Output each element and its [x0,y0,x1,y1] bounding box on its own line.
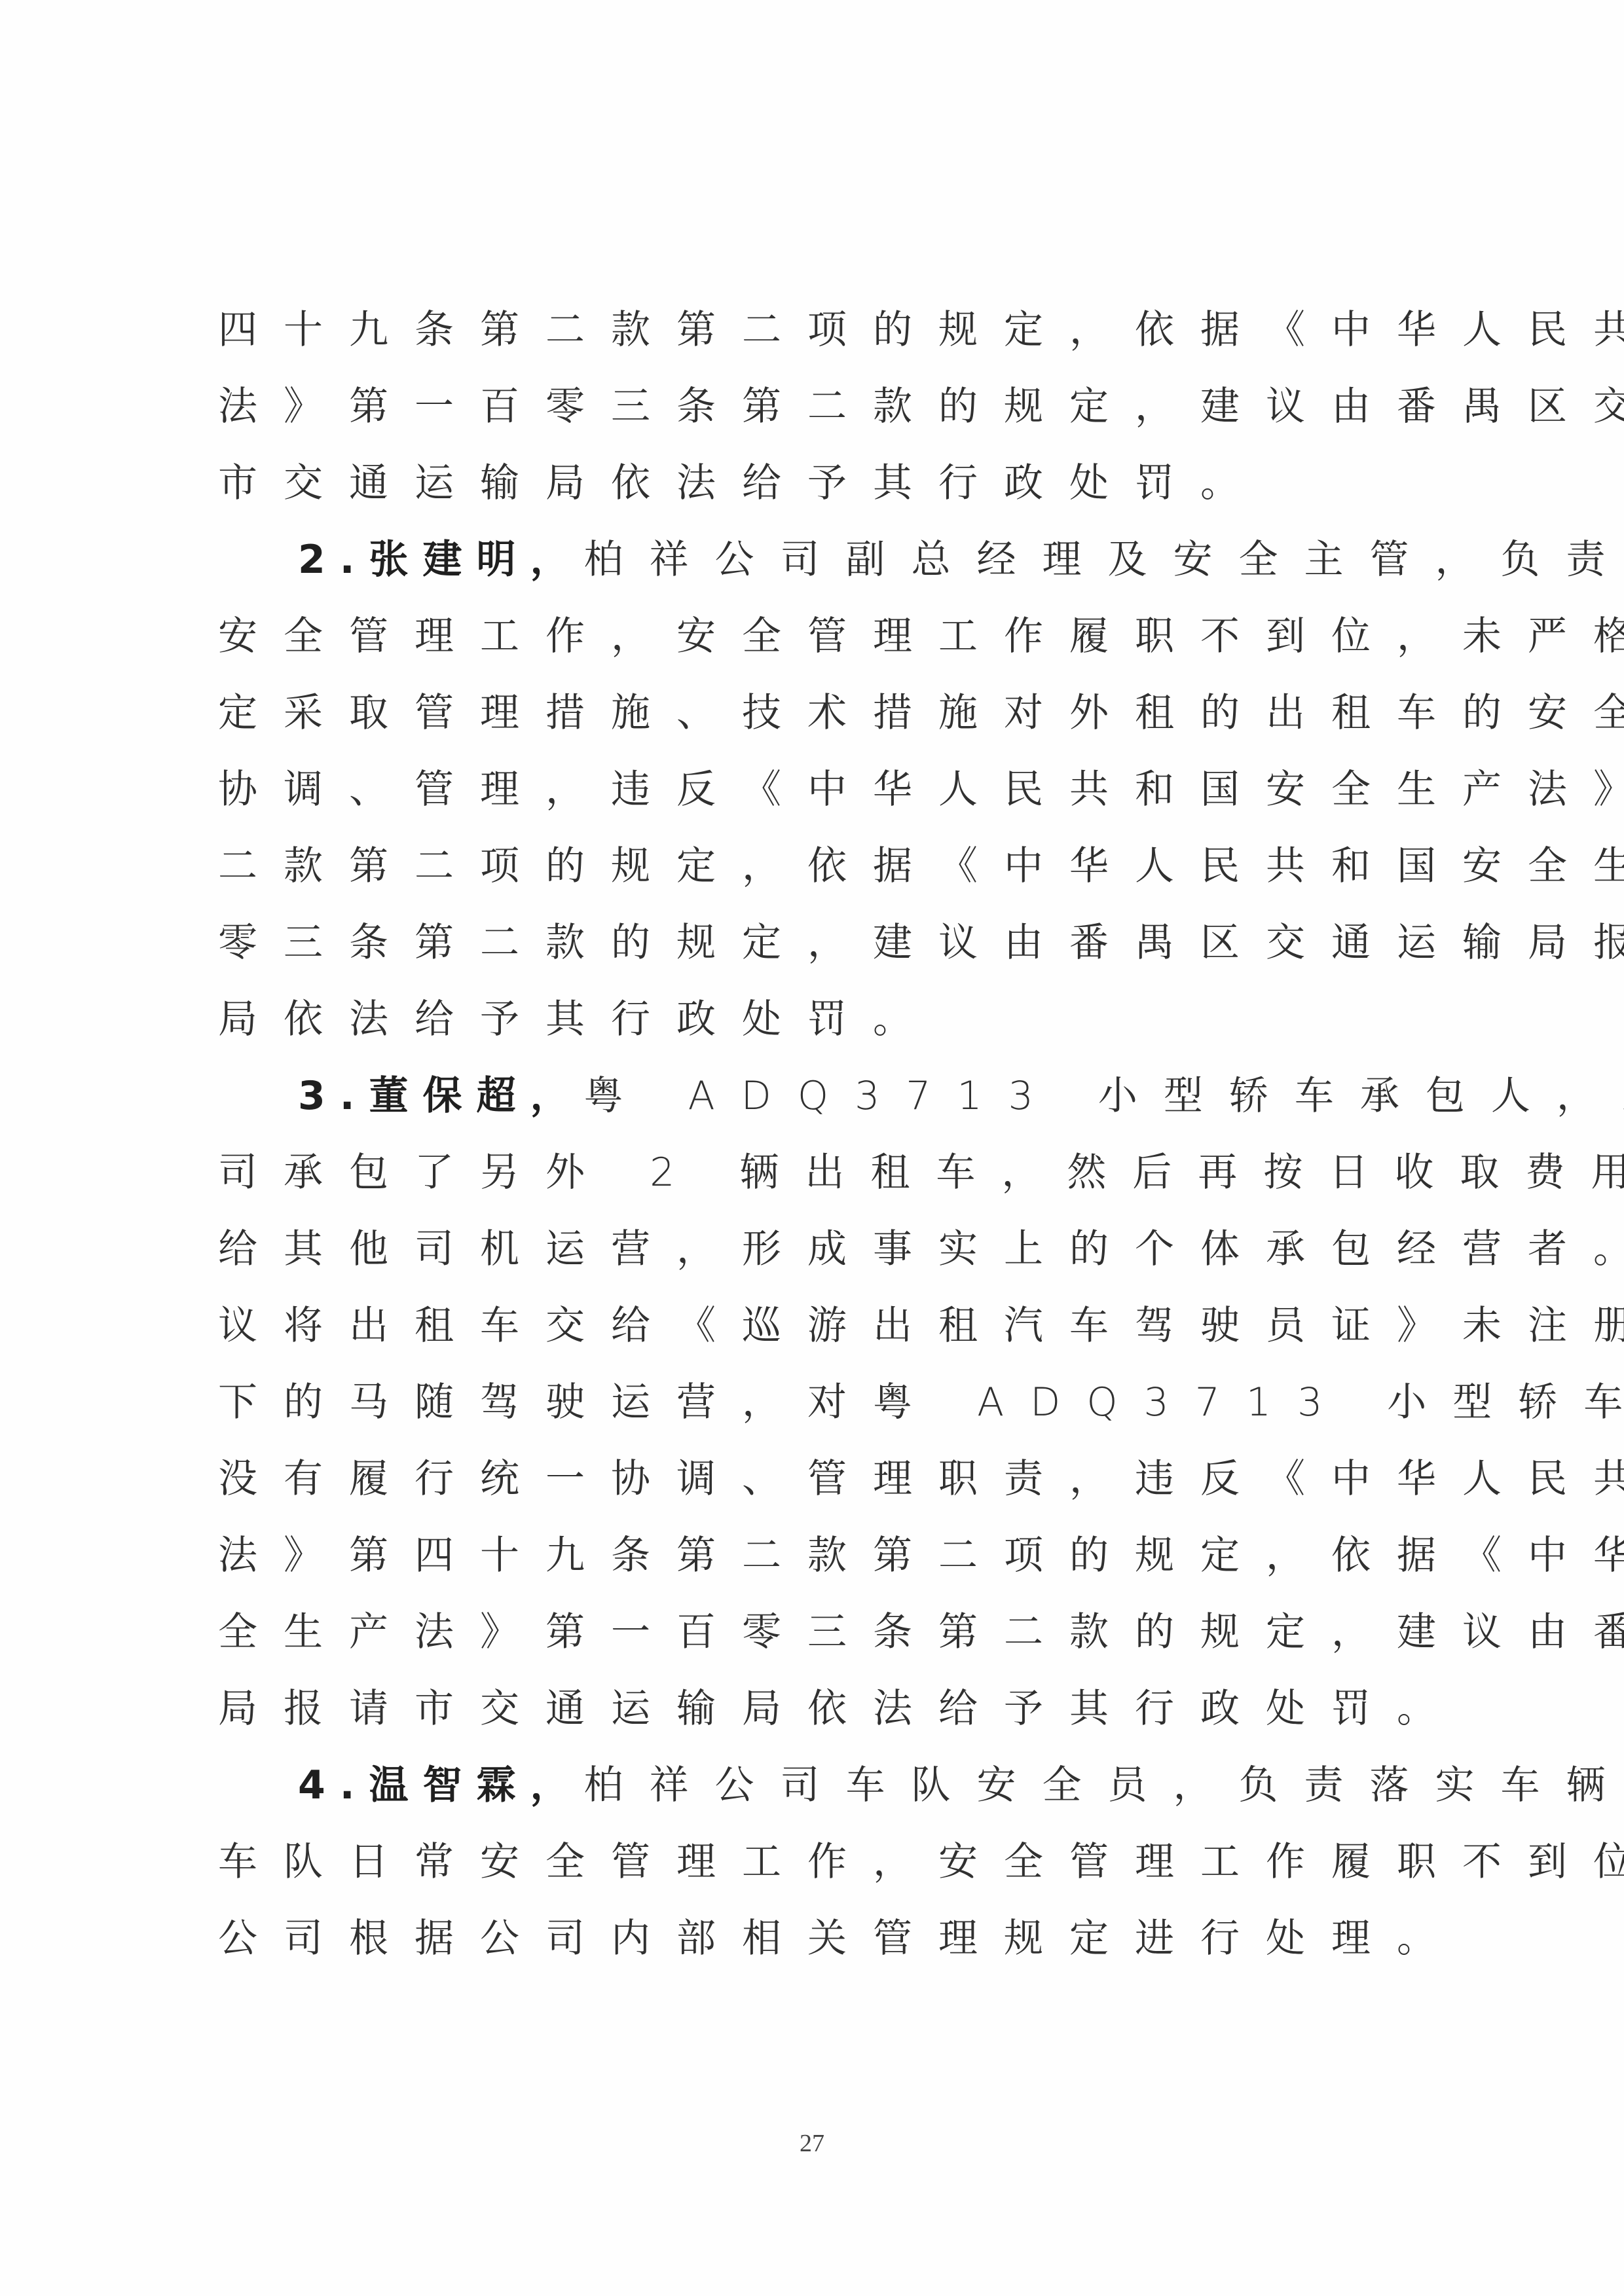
line-text: 粤 ADQ3713 小型轿车承包人，此外，还从柏祥公 [584,1073,1624,1119]
text-line: 议将出租车交给《巡游出租汽车驾驶员证》未注册在柏祥公司名 [218,1288,1416,1364]
line-text: 公司根据公司内部相关管理规定进行处理。 [218,1916,1462,1961]
text-line: 给其他司机运营，形成事实上的个体承包经营者。董保超违反协 [218,1211,1416,1288]
text-line: 法》第四十九条第二款第二项的规定，依据《中华人民共和国安 [218,1518,1416,1594]
text-line: 安全管理工作，安全管理工作履职不到位，未严格按照公司的规 [218,598,1416,675]
line-text: 定采取管理措施、技术措施对外租的出租车的安全生产工作统一 [218,690,1624,736]
text-line: 法》第一百零三条第二款的规定，建议由番禺区交通运输局报请 [218,369,1416,445]
paragraph-item-4-start: 4.温智霖，柏祥公司车队安全员，负责落实车辆动态监控等 [218,1747,1416,1824]
text-line: 定采取管理措施、技术措施对外租的出租车的安全生产工作统一 [218,675,1416,752]
line-text: 柏祥公司车队安全员，负责落实车辆动态监控等 [584,1762,1624,1808]
line-text: 局依法给予其行政处罚。 [218,996,938,1042]
line-text: 法》第一百零三条第二款的规定，建议由番禺区交通运输局报请 [218,384,1624,429]
person-name-lead: 2.张建明， [298,537,584,583]
text-line: 二款第二项的规定，依据《中华人民共和国安全生产法》第一百 [218,828,1416,905]
line-text: 议将出租车交给《巡游出租汽车驾驶员证》未注册在柏祥公司名 [218,1303,1624,1349]
text-line: 局依法给予其行政处罚。 [218,981,1416,1058]
document-page: 四十九条第二款第二项的规定，依据《中华人民共和国安全生产 法》第一百零三条第二款… [0,0,1624,2296]
text-line: 市交通运输局依法给予其行政处罚。 [218,445,1416,522]
text-line: 零三条第二款的规定，建议由番禺区交通运输局报请市交通运输 [218,905,1416,981]
text-line: 没有履行统一协调、管理职责，违反《中华人民共和国安全生产 [218,1441,1416,1518]
line-text: 全生产法》第一百零三条第二款的规定，建议由番禺区交通运输 [218,1609,1624,1655]
line-text: 没有履行统一协调、管理职责，违反《中华人民共和国安全生产 [218,1456,1624,1502]
line-text: 市交通运输局依法给予其行政处罚。 [218,460,1266,506]
line-text: 四十九条第二款第二项的规定，依据《中华人民共和国安全生产 [218,307,1624,353]
page-number: 27 [0,2129,1624,2158]
line-text: 安全管理工作，安全管理工作履职不到位，未严格按照公司的规 [218,613,1624,659]
line-text: 车队日常安全管理工作，安全管理工作履职不到位，建议由柏祥 [218,1839,1624,1885]
line-text: 柏祥公司副总经理及安全主管，负责公司的日常 [584,537,1624,583]
text-line: 下的马随驾驶运营，对粤 ADQ3713 小型轿车运营的安全生产工作 [218,1364,1416,1441]
text-line: 公司根据公司内部相关管理规定进行处理。 [218,1901,1416,1977]
paragraph-item-3-start: 3.董保超，粤 ADQ3713 小型轿车承包人，此外，还从柏祥公 [218,1058,1416,1135]
text-line: 全生产法》第一百零三条第二款的规定，建议由番禺区交通运输 [218,1594,1416,1671]
document-body: 四十九条第二款第二项的规定，依据《中华人民共和国安全生产 法》第一百零三条第二款… [218,292,1416,1977]
line-text: 二款第二项的规定，依据《中华人民共和国安全生产法》第一百 [218,843,1624,889]
person-name-lead: 4.温智霖， [298,1762,584,1808]
line-text: 法》第四十九条第二款第二项的规定，依据《中华人民共和国安 [218,1533,1624,1578]
line-text: 协调、管理，违反《中华人民共和国安全生产法》第四十九条第 [218,767,1624,812]
paragraph-item-2-start: 2.张建明，柏祥公司副总经理及安全主管，负责公司的日常 [218,522,1416,598]
text-line: 司承包了另外 2 辆出租车，然后再按日收取费用或者其他模式交 [218,1135,1416,1211]
line-text: 局报请市交通运输局依法给予其行政处罚。 [218,1686,1462,1732]
text-line: 车队日常安全管理工作，安全管理工作履职不到位，建议由柏祥 [218,1824,1416,1901]
line-text: 下的马随驾驶运营，对粤 ADQ3713 小型轿车运营的安全生产工作 [218,1379,1624,1425]
text-line: 四十九条第二款第二项的规定，依据《中华人民共和国安全生产 [218,292,1416,369]
person-name-lead: 3.董保超， [298,1073,584,1119]
line-text: 司承包了另外 2 辆出租车，然后再按日收取费用或者其他模式交 [218,1150,1624,1195]
line-text: 零三条第二款的规定，建议由番禺区交通运输局报请市交通运输 [218,920,1624,966]
line-text: 给其他司机运营，形成事实上的个体承包经营者。董保超违反协 [218,1226,1624,1272]
text-line: 局报请市交通运输局依法给予其行政处罚。 [218,1671,1416,1747]
text-line: 协调、管理，违反《中华人民共和国安全生产法》第四十九条第 [218,752,1416,828]
